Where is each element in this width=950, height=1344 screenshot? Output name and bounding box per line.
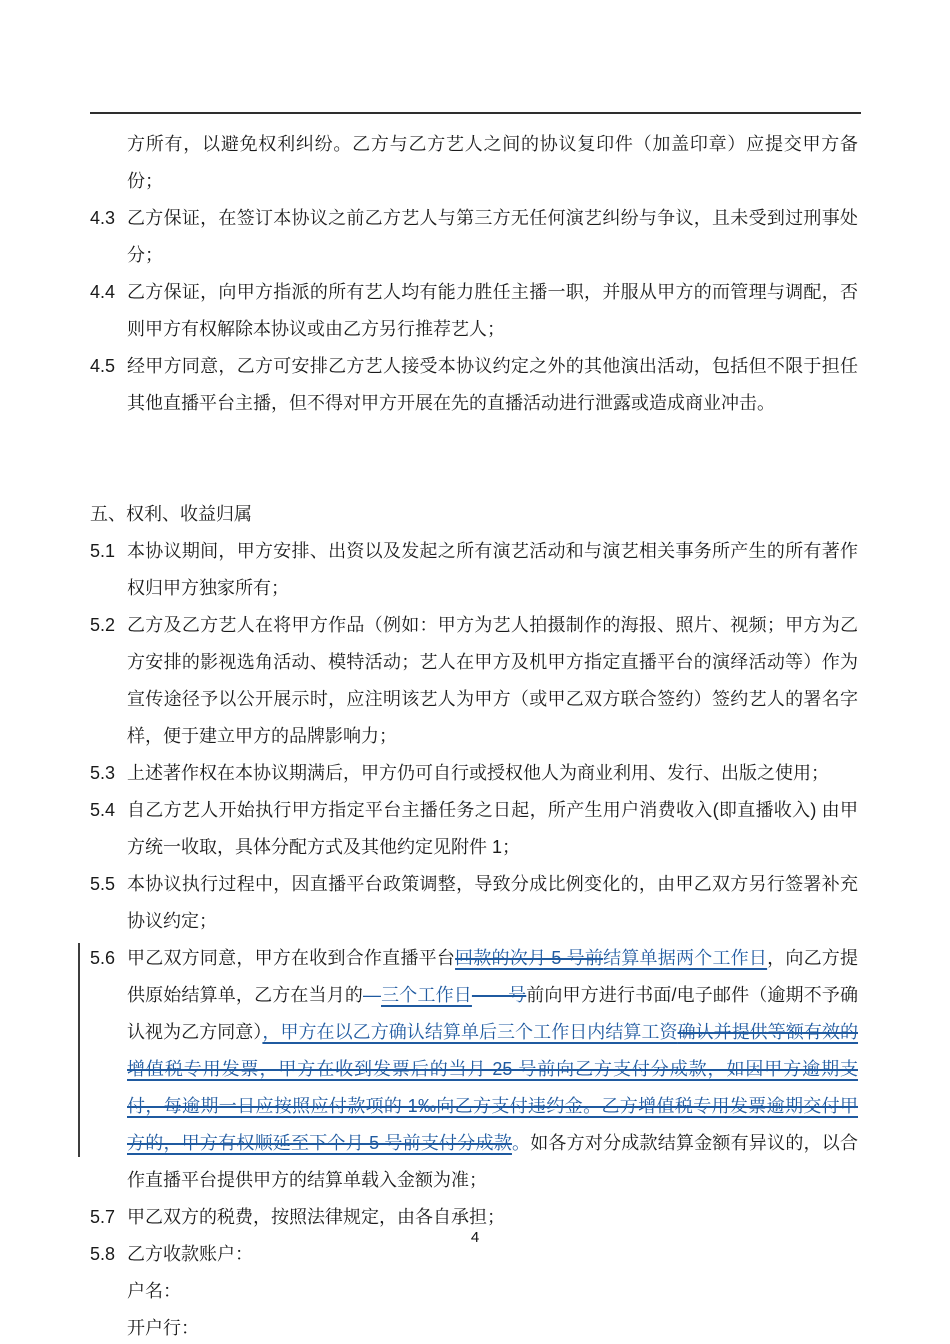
revision-text: — — [363, 985, 381, 1005]
clause-number: 5.6 — [90, 940, 115, 977]
clause-number: 4.3 — [90, 200, 115, 237]
clause-5-4: 5.4自乙方艺人开始执行甲方指定平台主播任务之日起，所产生用户消费收入(即直播收… — [90, 792, 858, 866]
clause-5-2: 5.2乙方及乙方艺人在将甲方作品（例如：甲方为艺人拍摄制作的海报、照片、视频；甲… — [90, 607, 858, 755]
page-number: 4 — [0, 1226, 950, 1250]
header-rule — [90, 112, 861, 114]
clause-text: 乙方保证，向甲方指派的所有艺人均有能力胜任主播一职，并服从甲方的而管理与调配，否… — [127, 282, 858, 339]
clause-text: 自乙方艺人开始执行甲方指定平台主播任务之日起，所产生用户消费收入(即直播收入) … — [127, 800, 858, 857]
clause-text: 乙方保证，在签订本协议之前乙方艺人与第三方无任何演艺纠纷与争议，且未受到过刑事处… — [127, 208, 858, 265]
clause-number: 5.4 — [90, 792, 115, 829]
clause-text: 乙方及乙方艺人在将甲方作品（例如：甲方为艺人拍摄制作的海报、照片、视频；甲方为乙… — [127, 615, 858, 746]
revision-deleted-text: ——号 — [472, 985, 526, 1005]
clause-text-segment: 甲乙双方同意，甲方在收到合作直播平台 — [127, 948, 455, 968]
clause-text: 经甲方同意，乙方可安排乙方艺人接受本协议约定之外的其他演出活动，包括但不限于担任… — [127, 356, 858, 413]
clause-number: 4.5 — [90, 348, 115, 385]
contract-document-page: 方所有，以避免权利纠纷。乙方与乙方艺人之间的协议复印件（加盖印章）应提交甲方备份… — [0, 0, 950, 1344]
revision-inserted-text: ，甲方在以乙方确认结算单后三个工作日内结算工资 — [262, 1022, 677, 1042]
clause-4-3: 4.3乙方保证，在签订本协议之前乙方艺人与第三方无任何演艺纠纷与争议，且未受到过… — [90, 200, 858, 274]
clause-4-2-continuation: 方所有，以避免权利纠纷。乙方与乙方艺人之间的协议复印件（加盖印章）应提交甲方备份… — [90, 126, 858, 200]
clause-4-4: 4.4乙方保证，向甲方指派的所有艺人均有能力胜任主播一职，并服从甲方的而管理与调… — [90, 274, 858, 348]
clause-number: 5.5 — [90, 866, 115, 903]
bank-line: 开户行： — [90, 1310, 858, 1344]
clause-text: 甲乙双方的税费，按照法律规定，由各自承担； — [127, 1207, 505, 1227]
clause-number: 4.4 — [90, 274, 115, 311]
clause-text: 方所有，以避免权利纠纷。乙方与乙方艺人之间的协议复印件（加盖印章）应提交甲方备份… — [127, 134, 858, 191]
clause-5-5: 5.5本协议执行过程中，因直播平台政策调整，导致分成比例变化的，由甲乙双方另行签… — [90, 866, 858, 940]
clause-5-1: 5.1本协议期间，甲方安排、出资以及发起之所有演艺活动和与演艺相关事务所产生的所… — [90, 533, 858, 607]
clause-number: 5.3 — [90, 755, 115, 792]
clause-text: 上述著作权在本协议期满后，甲方仍可自行或授权他人为商业利用、发行、出版之使用； — [127, 763, 829, 783]
section-title-text: 五、权利、收益归属 — [90, 504, 252, 524]
clause-text: 本协议期间，甲方安排、出资以及发起之所有演艺活动和与演艺相关事务所产生的所有著作… — [127, 541, 858, 598]
document-body: 方所有，以避免权利纠纷。乙方与乙方艺人之间的协议复印件（加盖印章）应提交甲方备份… — [90, 126, 858, 1344]
clause-5-6-with-tracked-changes: 5.6甲乙双方同意，甲方在收到合作直播平台回款的次月 5 号前结算单据两个工作日… — [90, 940, 858, 1199]
clause-number: 5.2 — [90, 607, 115, 644]
revision-inserted-text: 三个工作日 — [381, 985, 472, 1005]
clause-text: 本协议执行过程中，因直播平台政策调整，导致分成比例变化的，由甲乙双方另行签署补充… — [127, 874, 858, 931]
clause-4-5: 4.5经甲方同意，乙方可安排乙方艺人接受本协议约定之外的其他演出活动，包括但不限… — [90, 348, 858, 422]
account-name-line: 户名： — [90, 1273, 858, 1310]
clause-number: 5.1 — [90, 533, 115, 570]
bank-label: 开户行： — [127, 1318, 199, 1338]
revision-change-bar — [78, 943, 80, 1157]
revision-inserted-deleted-text: 回款的次月 5 号前 — [455, 948, 603, 968]
section-5-title: 五、权利、收益归属 — [90, 496, 858, 533]
account-name-label: 户名： — [127, 1281, 181, 1301]
clause-5-3: 5.3上述著作权在本协议期满后，甲方仍可自行或授权他人为商业利用、发行、出版之使… — [90, 755, 858, 792]
revision-inserted-text: 结算单据两个工作日 — [603, 948, 767, 968]
revision-text: 。 — [512, 1133, 530, 1153]
